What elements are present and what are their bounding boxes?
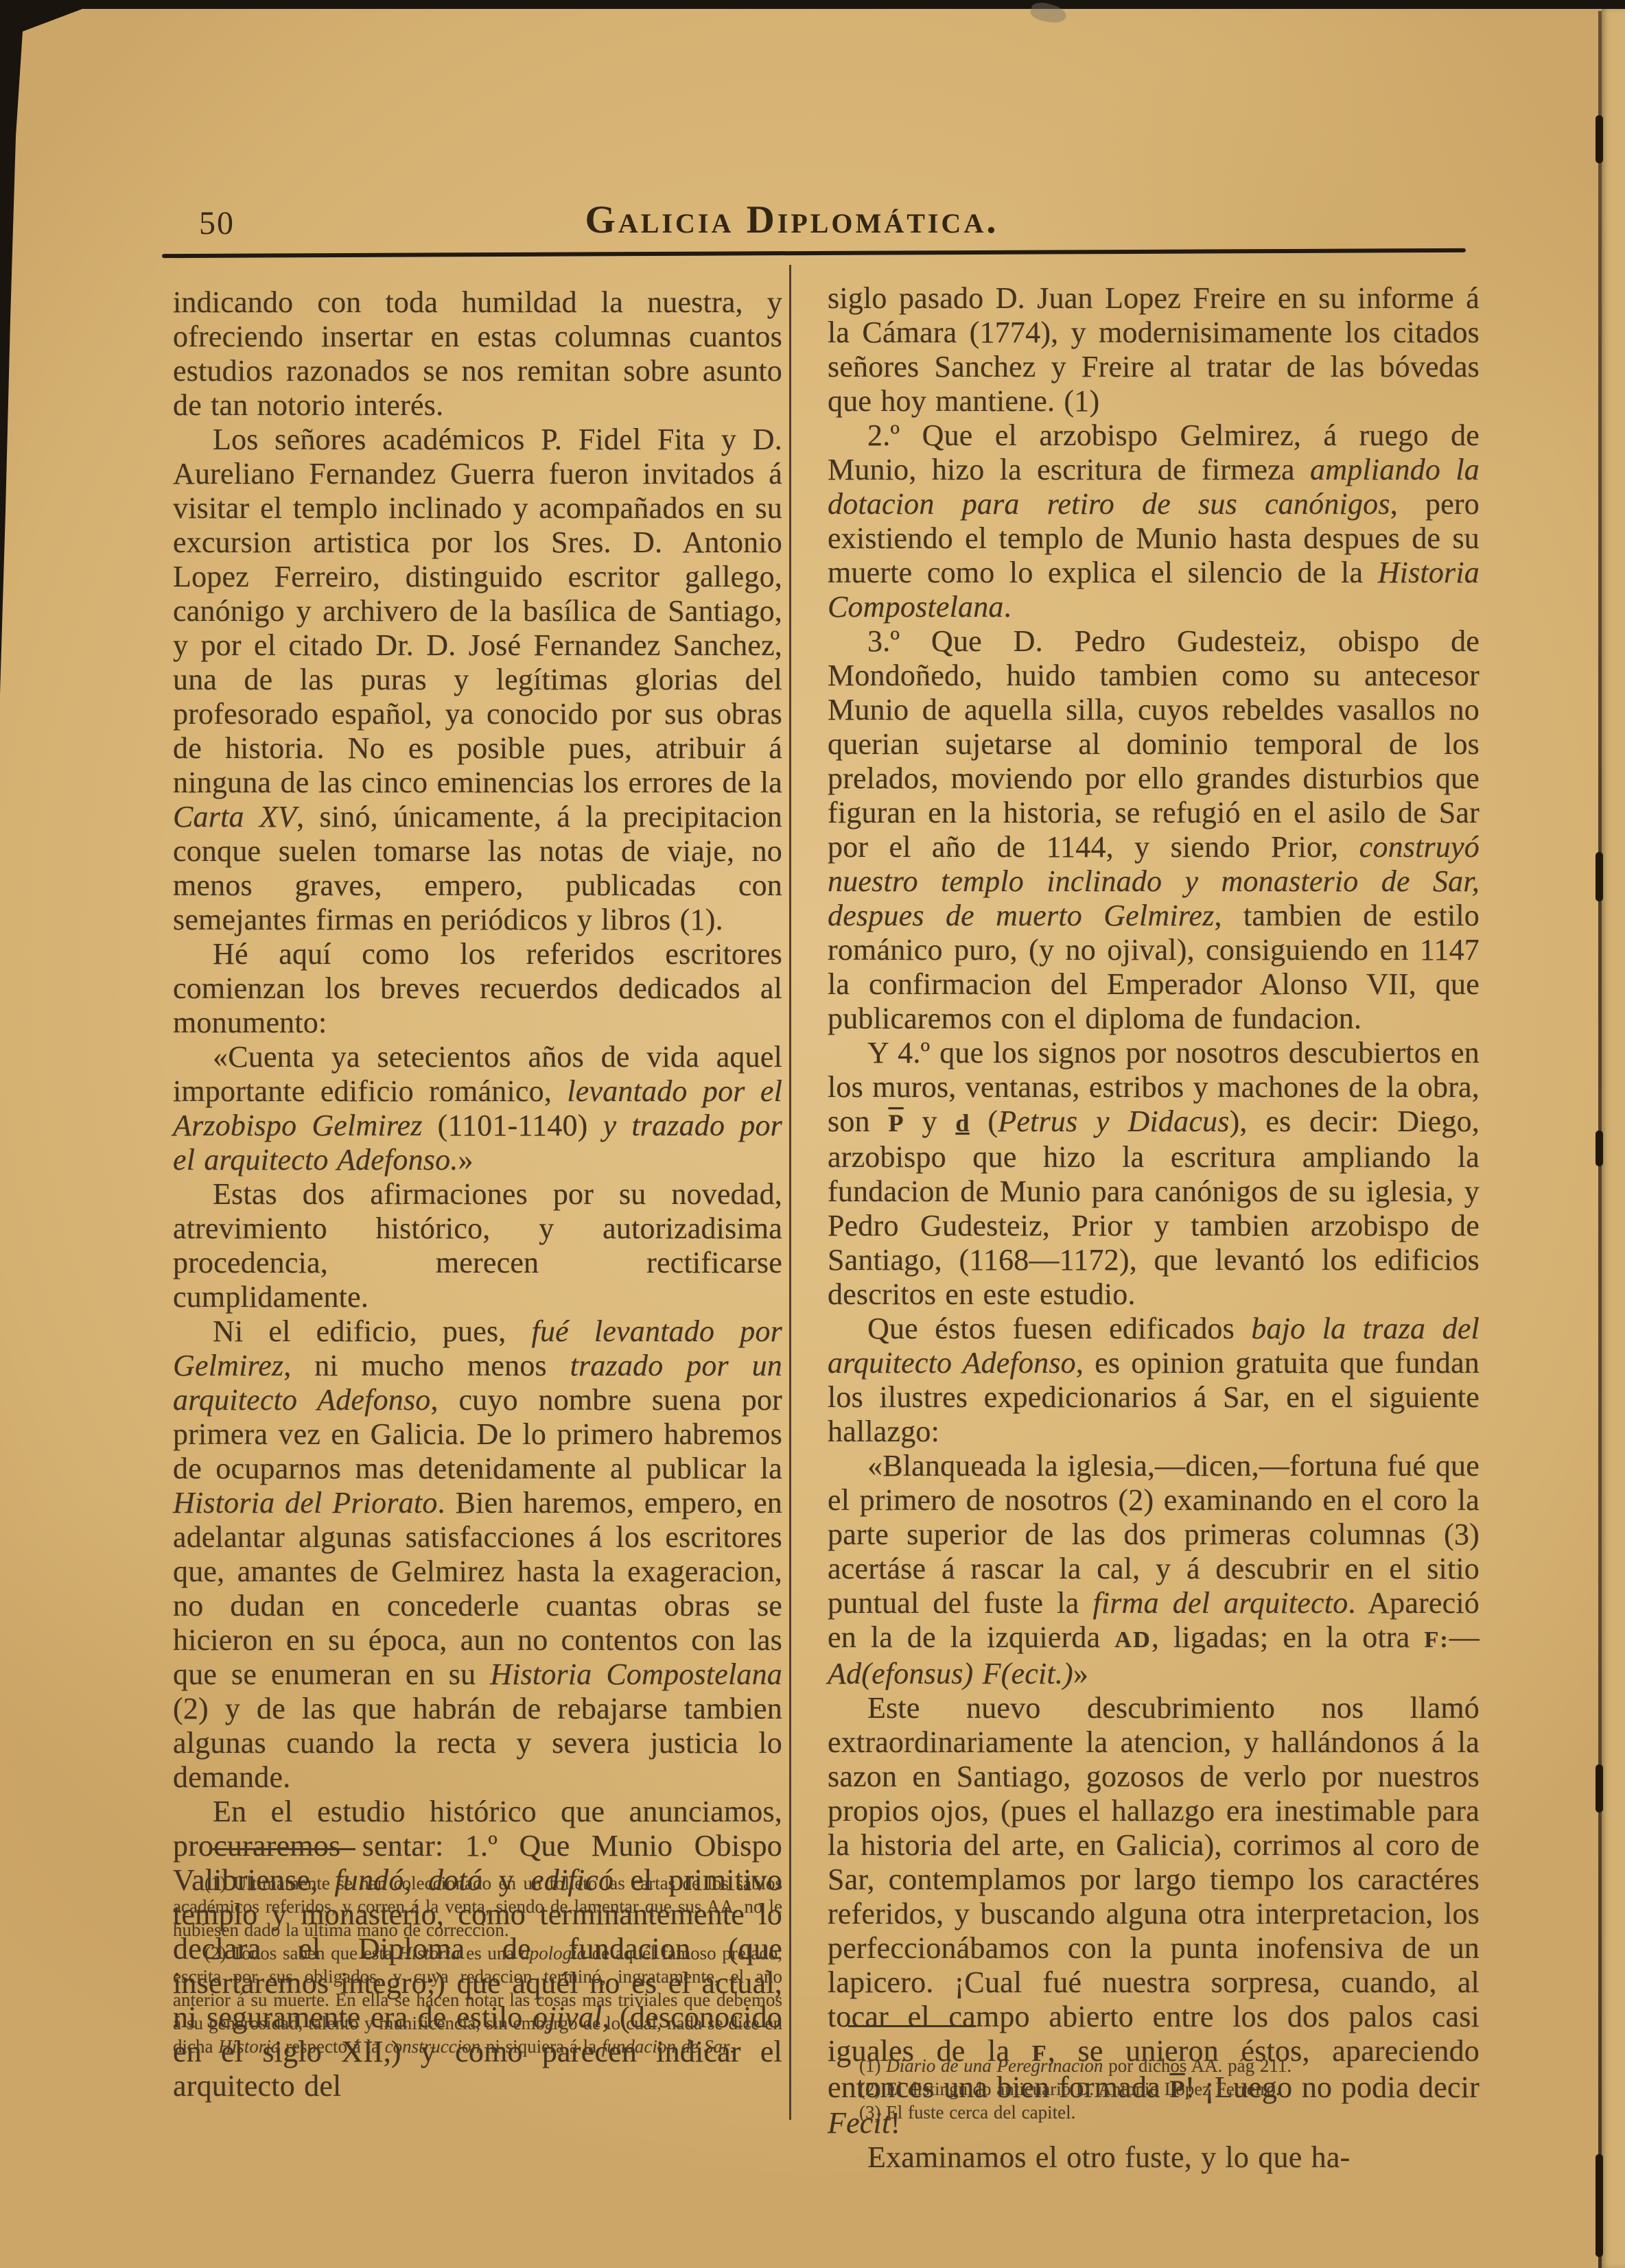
- crease-ink-blob: [1595, 1131, 1603, 1166]
- footnote: (1) Ultimamente se han coleccionado en u…: [173, 1871, 782, 1941]
- paragraph: Examinamos el otro fuste, y lo que ha-: [828, 2140, 1480, 2175]
- paragraph: Que éstos fuesen edificados bajo la traz…: [828, 1312, 1480, 1449]
- right-footnote-rule: [848, 2025, 976, 2027]
- left-column: indicando con toda humildad la nuestra, …: [173, 285, 782, 2103]
- crease-ink-blob: [1595, 115, 1603, 163]
- crease-ink-blob: [1595, 2154, 1603, 2257]
- paragraph: 2.º Que el arzobispo Gelmirez, á ruego d…: [828, 418, 1480, 624]
- footnote: (3) El fuste cerca del capitel.: [828, 2101, 1480, 2124]
- next-page-edge: [1602, 9, 1625, 2268]
- scan-edge-top: [0, 0, 1625, 9]
- scan-corner-cut: [21, 9, 82, 32]
- header-rule: [162, 248, 1466, 258]
- paragraph: Ni el edificio, pues, fué levantado por …: [173, 1314, 782, 1795]
- paragraph: Y 4.º que los signos por nosotros descub…: [828, 1036, 1480, 1312]
- paragraph: Los señores académicos P. Fidel Fita y D…: [173, 423, 782, 937]
- column-divider: [789, 265, 791, 2120]
- crease-ink-blob: [1595, 1764, 1603, 1812]
- footnote: (2) El distinguido anticuario D. Antonio…: [828, 2077, 1480, 2101]
- paragraph: «Cuenta ya setecientos años de vida aque…: [173, 1040, 782, 1177]
- paragraph: indicando con toda humildad la nuestra, …: [173, 285, 782, 423]
- left-footnotes: (1) Ultimamente se han coleccionado en u…: [173, 1871, 782, 2058]
- paragraph: «Blanqueada la iglesia,—dicen,—fortuna f…: [828, 1449, 1480, 1691]
- footnote: (1) Diario de una Peregrinacion por dich…: [828, 2054, 1480, 2077]
- paragraph: siglo pasado D. Juan Lopez Freire en su …: [828, 281, 1480, 418]
- paragraph: Estas dos afirmaciones por su novedad, a…: [173, 1177, 782, 1314]
- paragraph: 3.º Que D. Pedro Gudesteiz, obispo de Mo…: [828, 624, 1480, 1036]
- scan-edge-left: [0, 0, 25, 755]
- right-footnotes: (1) Diario de una Peregrinacion por dich…: [828, 2054, 1480, 2124]
- paragraph: Hé aquí como los referidos escritores co…: [173, 937, 782, 1040]
- scanned-page: 50 Galicia Diplomática. indicando con to…: [0, 0, 1625, 2268]
- right-column: siglo pasado D. Juan Lopez Freire en su …: [828, 281, 1480, 2175]
- page-title: Galicia Diplomática.: [0, 198, 1584, 242]
- left-footnote-rule: [210, 1848, 355, 1850]
- footnote: (2) Todos saben que esta Historia es una…: [173, 1941, 782, 2058]
- crease-ink-blob: [1595, 852, 1603, 901]
